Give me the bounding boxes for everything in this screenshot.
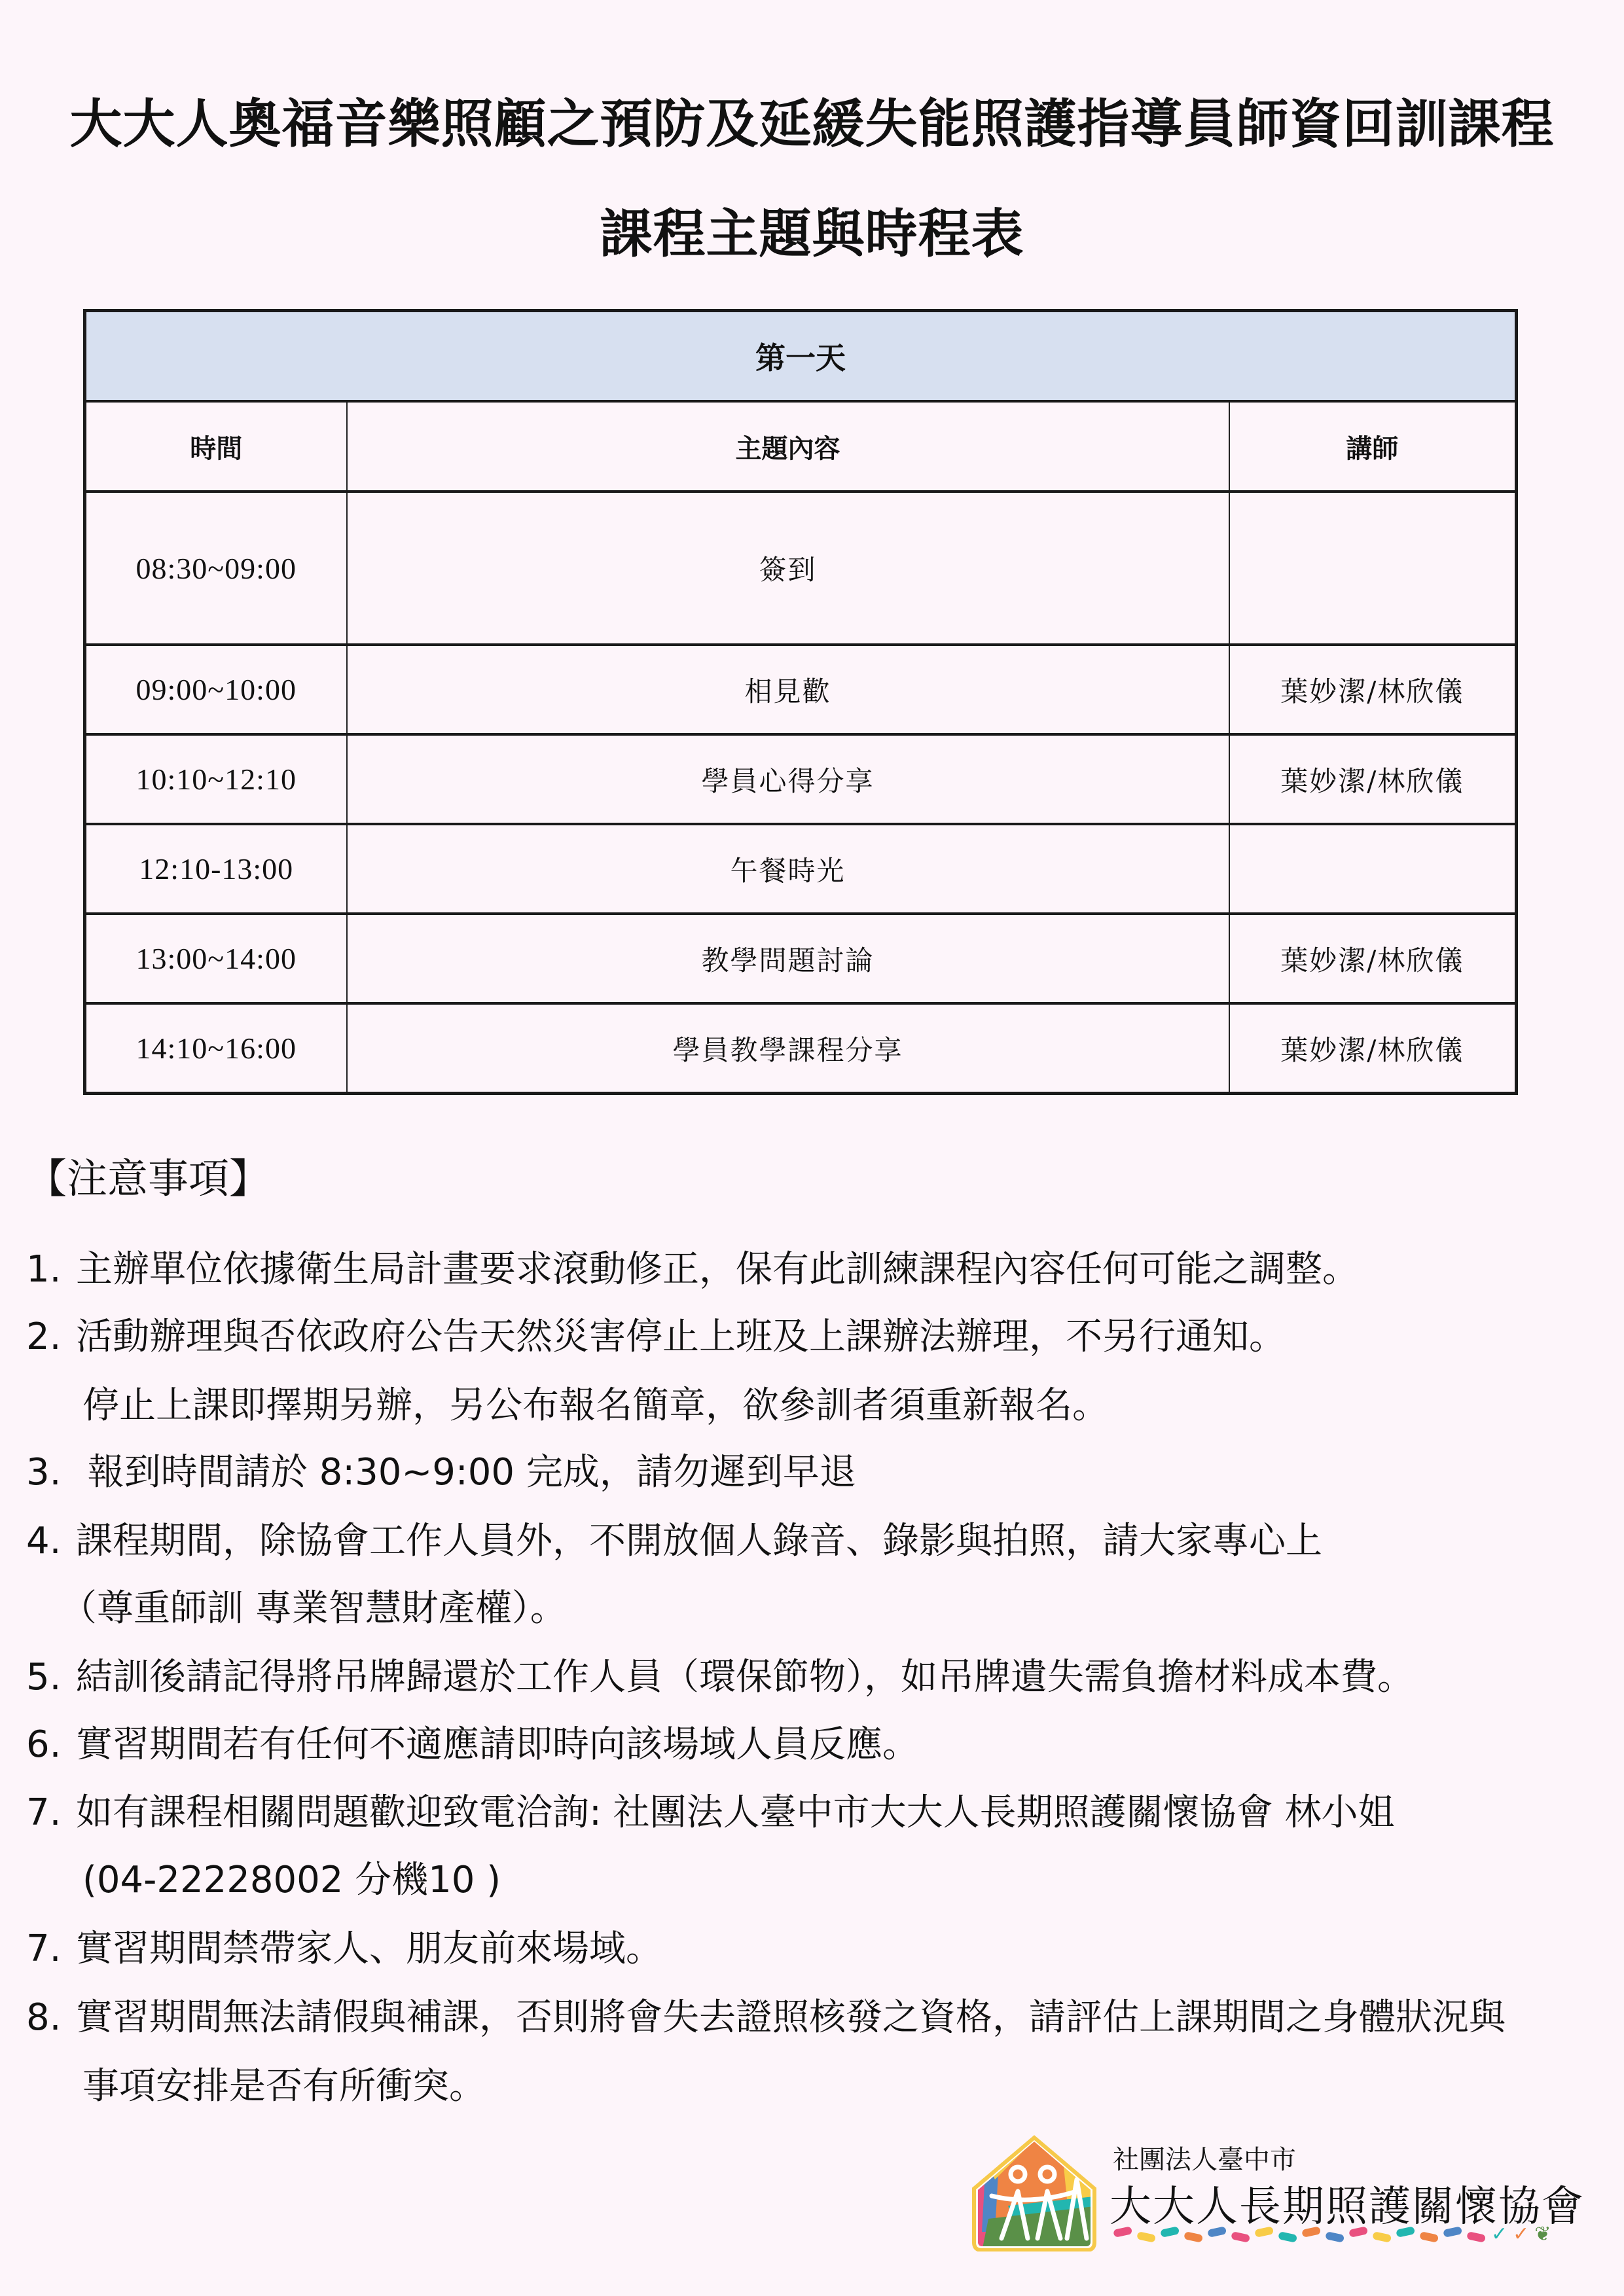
day-header-row: 第一天 bbox=[85, 311, 1517, 402]
leaf-icon: ❦ bbox=[1534, 2225, 1551, 2244]
note-item: 8.實習期間無法請假與補課，否則將會失去證照核發之資格，請評估上課期間之身體狀況… bbox=[26, 2000, 1506, 2036]
house-people-logo-icon bbox=[969, 2134, 1100, 2251]
note-text: 如有課程相關問題歡迎致電洽詢: 社團法人臺中市大大人長期照護關懷協會 林小姐 bbox=[76, 1791, 1394, 1834]
dash-icon bbox=[1419, 2231, 1439, 2243]
table-row: 12:10-13:00 午餐時光 bbox=[85, 824, 1517, 914]
dash-icon bbox=[1183, 2231, 1203, 2243]
time-cell: 12:10-13:00 bbox=[85, 824, 347, 914]
schedule-table: 第一天 時間 主題內容 講師 08:30~09:00 簽到 09:00~10:0… bbox=[83, 309, 1518, 1095]
topic-cell: 簽到 bbox=[347, 492, 1229, 645]
instructor-cell: 葉妙潔/林欣儀 bbox=[1229, 734, 1517, 824]
note-item: 4.課程期間，除協會工作人員外，不開放個人錄音、錄影與拍照，請大家專心上 bbox=[26, 1523, 1322, 1560]
note-item: 7.實習期間禁帶家人、朋友前來場域。 bbox=[26, 1931, 662, 1967]
note-number: 2. bbox=[26, 1319, 76, 1355]
note-number: 5. bbox=[26, 1659, 76, 1696]
dash-icon bbox=[1254, 2226, 1274, 2238]
dash-icon bbox=[1325, 2231, 1344, 2243]
note-number: 3. bbox=[26, 1454, 76, 1491]
note-item: 7.如有課程相關問題歡迎致電洽詢: 社團法人臺中市大大人長期照護關懷協會 林小姐 bbox=[26, 1795, 1394, 1831]
note-number: 6. bbox=[26, 1727, 76, 1763]
notes-title: 【注意事項】 bbox=[26, 1158, 1610, 1199]
instructor-cell: 葉妙潔/林欣儀 bbox=[1229, 645, 1517, 734]
note-item: 5.結訓後請記得將吊牌歸還於工作人員（環保節物），如吊牌遺失需負擔材料成本費。 bbox=[26, 1659, 1414, 1696]
page-title: 大大人奧福音樂照顧之預防及延緩失能照護指導員師資回訓課程 bbox=[0, 98, 1624, 151]
time-cell: 10:10~12:10 bbox=[85, 734, 347, 824]
note-text: 結訓後請記得將吊牌歸還於工作人員（環保節物），如吊牌遺失需負擔材料成本費。 bbox=[76, 1656, 1414, 1698]
dash-icon bbox=[1207, 2226, 1227, 2238]
instructor-cell bbox=[1229, 492, 1517, 645]
note-item: 1.主辦單位依據衛生局計畫要求滾動修正，保有此訓練課程內容任何可能之調整。 bbox=[26, 1251, 1359, 1288]
check-heart-icon: ✓ bbox=[1513, 2225, 1529, 2244]
note-item: 2.活動辦理與否依政府公告天然災害停止上班及上課辦法辦理，不另行通知。 bbox=[26, 1319, 1286, 1355]
dash-icon bbox=[1466, 2231, 1486, 2243]
column-header-row: 時間 主題內容 講師 bbox=[85, 401, 1517, 492]
topic-cell: 午餐時光 bbox=[347, 824, 1229, 914]
dash-icon bbox=[1113, 2226, 1132, 2238]
table-row: 08:30~09:00 簽到 bbox=[85, 492, 1517, 645]
note-item-continuation: (04-22228002 分機10 ) bbox=[82, 1862, 501, 1899]
column-header-topic: 主題內容 bbox=[347, 401, 1229, 492]
note-text: 實習期間無法請假與補課，否則將會失去證照核發之資格，請評估上課期間之身體狀況與 bbox=[76, 1996, 1506, 2039]
dash-icon bbox=[1160, 2226, 1180, 2238]
dash-icon bbox=[1396, 2226, 1415, 2238]
note-text: (04-22228002 分機10 ) bbox=[82, 1859, 501, 1901]
time-cell: 09:00~10:00 bbox=[85, 645, 347, 734]
note-text: 課程期間，除協會工作人員外，不開放個人錄音、錄影與拍照，請大家專心上 bbox=[76, 1520, 1322, 1562]
time-cell: 08:30~09:00 bbox=[85, 492, 347, 645]
note-number: 7. bbox=[26, 1931, 76, 1967]
note-text: 停止上課即擇期另辦，另公布報名簡章，欲參訓者須重新報名。 bbox=[82, 1384, 1109, 1427]
dash-icon bbox=[1443, 2226, 1462, 2238]
column-header-time: 時間 bbox=[85, 401, 347, 492]
note-item-continuation: 停止上課即擇期另辦，另公布報名簡章，欲參訓者須重新報名。 bbox=[82, 1388, 1109, 1424]
time-cell: 13:00~14:00 bbox=[85, 914, 347, 1003]
check-heart-icon: ✓ bbox=[1491, 2225, 1507, 2244]
page-subtitle: 課程主題與時程表 bbox=[0, 208, 1624, 260]
note-number: 1. bbox=[26, 1251, 76, 1288]
note-number: 7. bbox=[26, 1795, 76, 1831]
topic-cell: 學員教學課程分享 bbox=[347, 1003, 1229, 1094]
dash-icon bbox=[1231, 2231, 1250, 2243]
note-number: 8. bbox=[26, 2000, 76, 2036]
table-row: 14:10~16:00 學員教學課程分享 葉妙潔/林欣儀 bbox=[85, 1003, 1517, 1094]
time-cell: 14:10~16:00 bbox=[85, 1003, 347, 1094]
topic-cell: 學員心得分享 bbox=[347, 734, 1229, 824]
note-item-continuation: 事項安排是否有所衝突。 bbox=[82, 2068, 486, 2105]
dash-icon bbox=[1301, 2226, 1321, 2238]
topic-cell: 教學問題討論 bbox=[347, 914, 1229, 1003]
dash-icon bbox=[1136, 2231, 1156, 2243]
day-label: 第一天 bbox=[85, 311, 1517, 402]
note-text: （尊重師訓 專業智慧財產權）。 bbox=[60, 1587, 567, 1630]
note-text: 實習期間禁帶家人、朋友前來場域。 bbox=[76, 1928, 662, 1970]
dash-icon bbox=[1372, 2231, 1392, 2243]
note-text: 報到時間請於 8:30~9:00 完成，請勿遲到早退 bbox=[76, 1451, 856, 1494]
note-text: 活動辦理與否依政府公告天然災害停止上班及上課辦法辦理，不另行通知。 bbox=[76, 1316, 1286, 1358]
logo-org-prefix: 社團法人臺中市 bbox=[1113, 2139, 1296, 2176]
table-row: 09:00~10:00 相見歡 葉妙潔/林欣儀 bbox=[85, 645, 1517, 734]
note-text: 實習期間若有任何不適應請即時向該場域人員反應。 bbox=[76, 1723, 919, 1766]
column-header-instructor: 講師 bbox=[1229, 401, 1517, 492]
table-row: 10:10~12:10 學員心得分享 葉妙潔/林欣儀 bbox=[85, 734, 1517, 824]
logo-decorative-dashes: ✓ ✓ ❦ bbox=[1114, 2227, 1551, 2242]
topic-cell: 相見歡 bbox=[347, 645, 1229, 734]
note-number: 4. bbox=[26, 1523, 76, 1560]
instructor-cell bbox=[1229, 824, 1517, 914]
note-item: 3. 報到時間請於 8:30~9:00 完成，請勿遲到早退 bbox=[26, 1454, 856, 1491]
note-item: 6.實習期間若有任何不適應請即時向該場域人員反應。 bbox=[26, 1727, 919, 1763]
notes-section: 【注意事項】 1.主辦單位依據衛生局計畫要求滾動修正，保有此訓練課程內容任何可能… bbox=[26, 1158, 1610, 1199]
instructor-cell: 葉妙潔/林欣儀 bbox=[1229, 914, 1517, 1003]
organization-logo: 社團法人臺中市 大大人長期照護關懷協會 ✓ ✓ ❦ bbox=[962, 2134, 1551, 2251]
instructor-cell: 葉妙潔/林欣儀 bbox=[1229, 1003, 1517, 1094]
table-row: 13:00~14:00 教學問題討論 葉妙潔/林欣儀 bbox=[85, 914, 1517, 1003]
note-text: 事項安排是否有所衝突。 bbox=[82, 2065, 486, 2108]
note-item-continuation: （尊重師訓 專業智慧財產權）。 bbox=[60, 1590, 567, 1627]
dash-icon bbox=[1348, 2226, 1368, 2238]
dash-icon bbox=[1278, 2231, 1297, 2243]
note-text: 主辦單位依據衛生局計畫要求滾動修正，保有此訓練課程內容任何可能之調整。 bbox=[76, 1248, 1359, 1291]
